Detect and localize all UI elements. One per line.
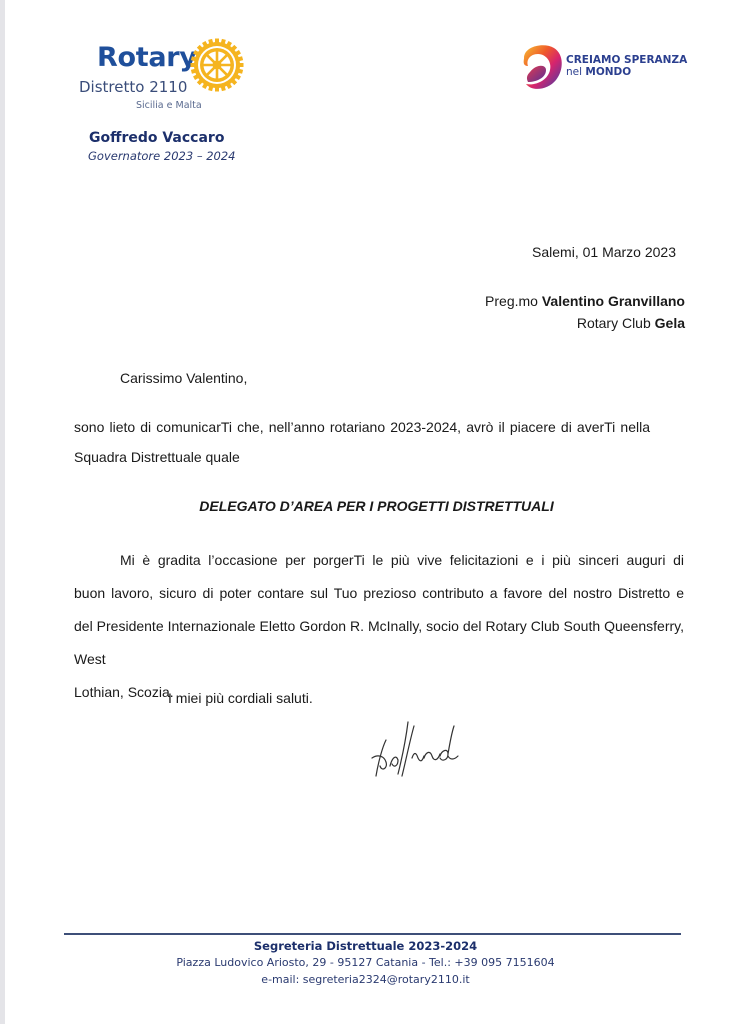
theme-motto-line1: CREIAMO SPERANZA [566,54,687,66]
closing-salutation: I miei più cordiali saluti. [168,690,313,706]
greeting: Carissimo Valentino, [120,370,247,386]
paragraph-congratulations: Mi è gradita l’occasione per porgerTi le… [74,544,684,709]
rotary-wheel-icon [190,38,244,92]
paragraph-line: del Presidente Internazionale Eletto Gor… [74,610,684,676]
paragraph-line: sono lieto di comunicarTi che, nell’anno… [74,412,650,442]
theme-motto-prefix: nel [566,66,585,78]
appointed-role: DELEGATO D’AREA PER I PROGETTI DISTRETTU… [0,498,731,514]
signature-icon [368,718,468,780]
region-label: Sicilia e Malta [136,100,202,111]
theme-motto-bold: MONDO [585,66,631,78]
governor-title: Governatore 2023 – 2024 [88,149,236,163]
paragraph-line: Mi è gradita l’occasione per porgerTi le… [74,544,684,577]
paragraph-line: Squadra Distrettuale quale [74,449,240,465]
footer-address: Piazza Ludovico Ariosto, 29 - 95127 Cata… [0,956,731,969]
footer-email: e-mail: segreteria2324@rotary2110.it [0,973,731,986]
recipient-name: Valentino Granvillano [542,293,685,309]
hope-swirl-icon [518,40,564,92]
footer-title: Segreteria Distrettuale 2023-2024 [0,939,731,953]
place-date: Salemi, 01 Marzo 2023 [532,244,676,260]
rotary-brand: Rotary [97,42,197,73]
paragraph-appointment: sono lieto di comunicarTi che, nell’anno… [74,412,684,472]
recipient-block: Preg.mo Valentino Granvillano Rotary Clu… [485,290,685,334]
theme-motto: CREIAMO SPERANZA nel MONDO [566,54,687,78]
paragraph-line: buon lavoro, sicuro di poter contare sul… [74,577,684,610]
footer-divider [64,933,681,935]
recipient-club-prefix: Rotary Club [577,315,655,331]
governor-name: Goffredo Vaccaro [89,130,224,146]
recipient-club-name: Gela [655,315,685,331]
recipient-salutation: Preg.mo [485,293,542,309]
district-label: Distretto 2110 [79,78,187,96]
paragraph-line: Lothian, Scozia. [74,676,684,709]
